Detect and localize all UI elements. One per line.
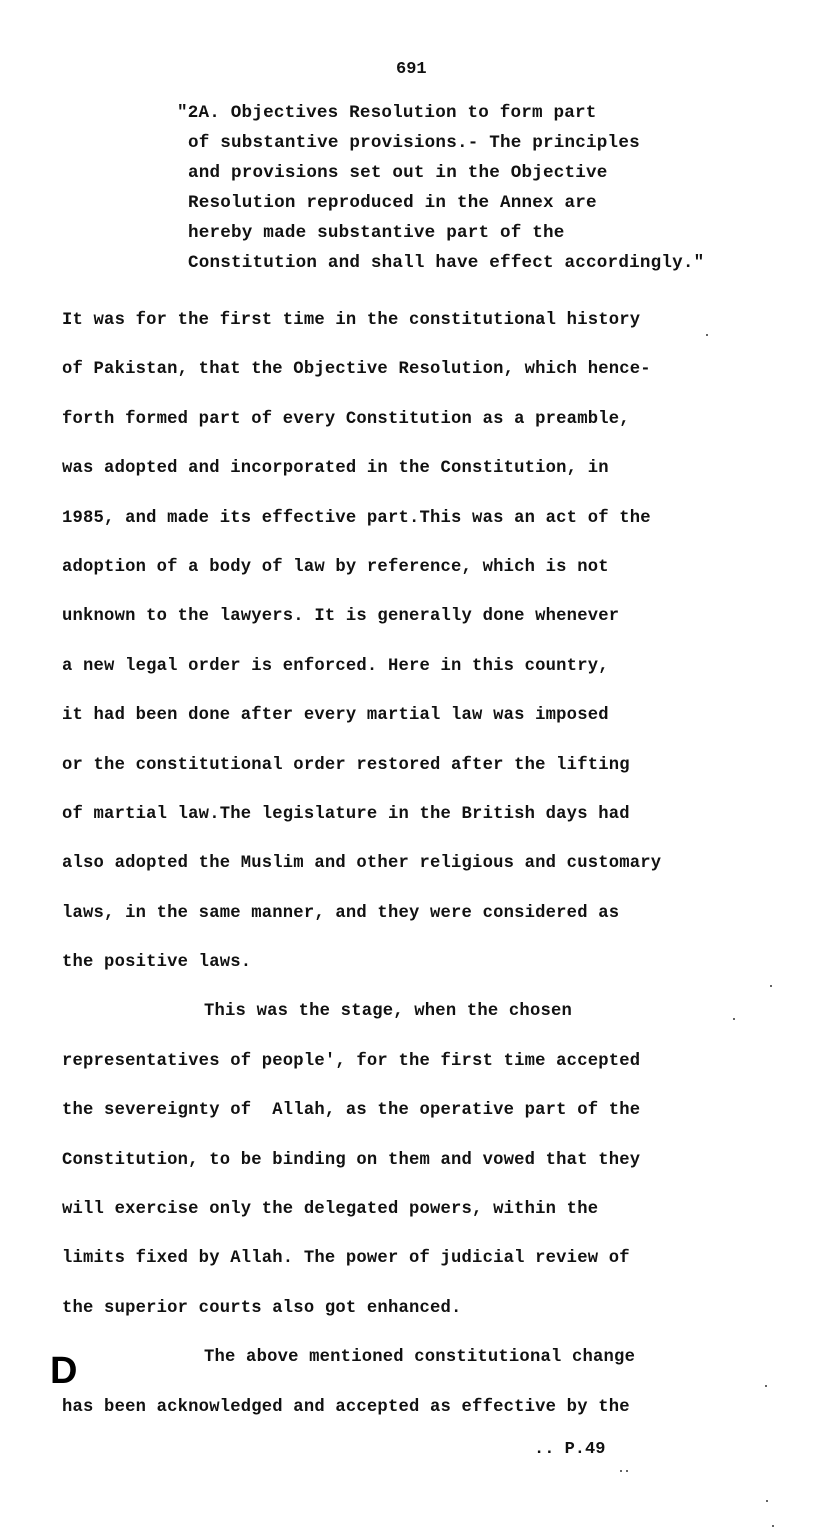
- paragraph-line: of martial law.The legislature in the Br…: [62, 790, 661, 839]
- quote-line: hereby made substantive part of the: [177, 218, 704, 248]
- continuation-reference: .. P.49: [534, 1440, 605, 1459]
- paragraph-line: was adopted and incorporated in the Cons…: [62, 444, 661, 493]
- body-text: It was for the first time in the constit…: [62, 296, 661, 1432]
- paragraph-line: limits fixed by Allah. The power of judi…: [62, 1234, 661, 1283]
- paragraph-line: the superior courts also got enhanced.: [62, 1284, 661, 1333]
- quote-line: "2A. Objectives Resolution to form part: [177, 98, 704, 128]
- quote-line: Constitution and shall have effect accor…: [177, 248, 704, 278]
- paragraph-line: This was the stage, when the chosen: [62, 987, 661, 1036]
- paragraph-line: a new legal order is enforced. Here in t…: [62, 642, 661, 691]
- paragraph-line: laws, in the same manner, and they were …: [62, 889, 661, 938]
- quote-line: Resolution reproduced in the Annex are: [177, 188, 704, 218]
- paragraph-line: representatives of people', for the firs…: [62, 1037, 661, 1086]
- scan-speck: [733, 1018, 735, 1020]
- paragraph-line: also adopted the Muslim and other religi…: [62, 839, 661, 888]
- scan-speck: [765, 1385, 767, 1387]
- scan-speck: [706, 334, 708, 336]
- scan-speck: [620, 1470, 622, 1472]
- paragraph-line: the positive laws.: [62, 938, 661, 987]
- paragraph-line: Constitution, to be binding on them and …: [62, 1136, 661, 1185]
- paragraph-line: it had been done after every martial law…: [62, 691, 661, 740]
- paragraph-line: or the constitutional order restored aft…: [62, 741, 661, 790]
- paragraph-line: 1985, and made its effective part.This w…: [62, 494, 661, 543]
- quote-line: and provisions set out in the Objective: [177, 158, 704, 188]
- quote-line: of substantive provisions.- The principl…: [177, 128, 704, 158]
- paragraph-line: the severeignty of Allah, as the operati…: [62, 1086, 661, 1135]
- paragraph-line: of Pakistan, that the Objective Resoluti…: [62, 345, 661, 394]
- scan-speck: [626, 1470, 628, 1472]
- paragraph-line: adoption of a body of law by reference, …: [62, 543, 661, 592]
- scan-speck: [772, 1525, 774, 1527]
- scan-speck: [766, 1500, 768, 1502]
- scan-speck: [770, 985, 772, 987]
- paragraph-line: has been acknowledged and accepted as ef…: [62, 1383, 661, 1432]
- paragraph-line: It was for the first time in the constit…: [62, 296, 661, 345]
- quoted-provision: "2A. Objectives Resolution to form parto…: [177, 98, 704, 278]
- paragraph-line: unknown to the lawyers. It is generally …: [62, 592, 661, 641]
- margin-mark: D: [50, 1352, 77, 1390]
- page-number: 691: [396, 60, 427, 79]
- paragraph-line: will exercise only the delegated powers,…: [62, 1185, 661, 1234]
- paragraph-line: The above mentioned constitutional chang…: [62, 1333, 661, 1382]
- document-page: 691 "2A. Objectives Resolution to form p…: [0, 0, 840, 1540]
- paragraph-line: forth formed part of every Constitution …: [62, 395, 661, 444]
